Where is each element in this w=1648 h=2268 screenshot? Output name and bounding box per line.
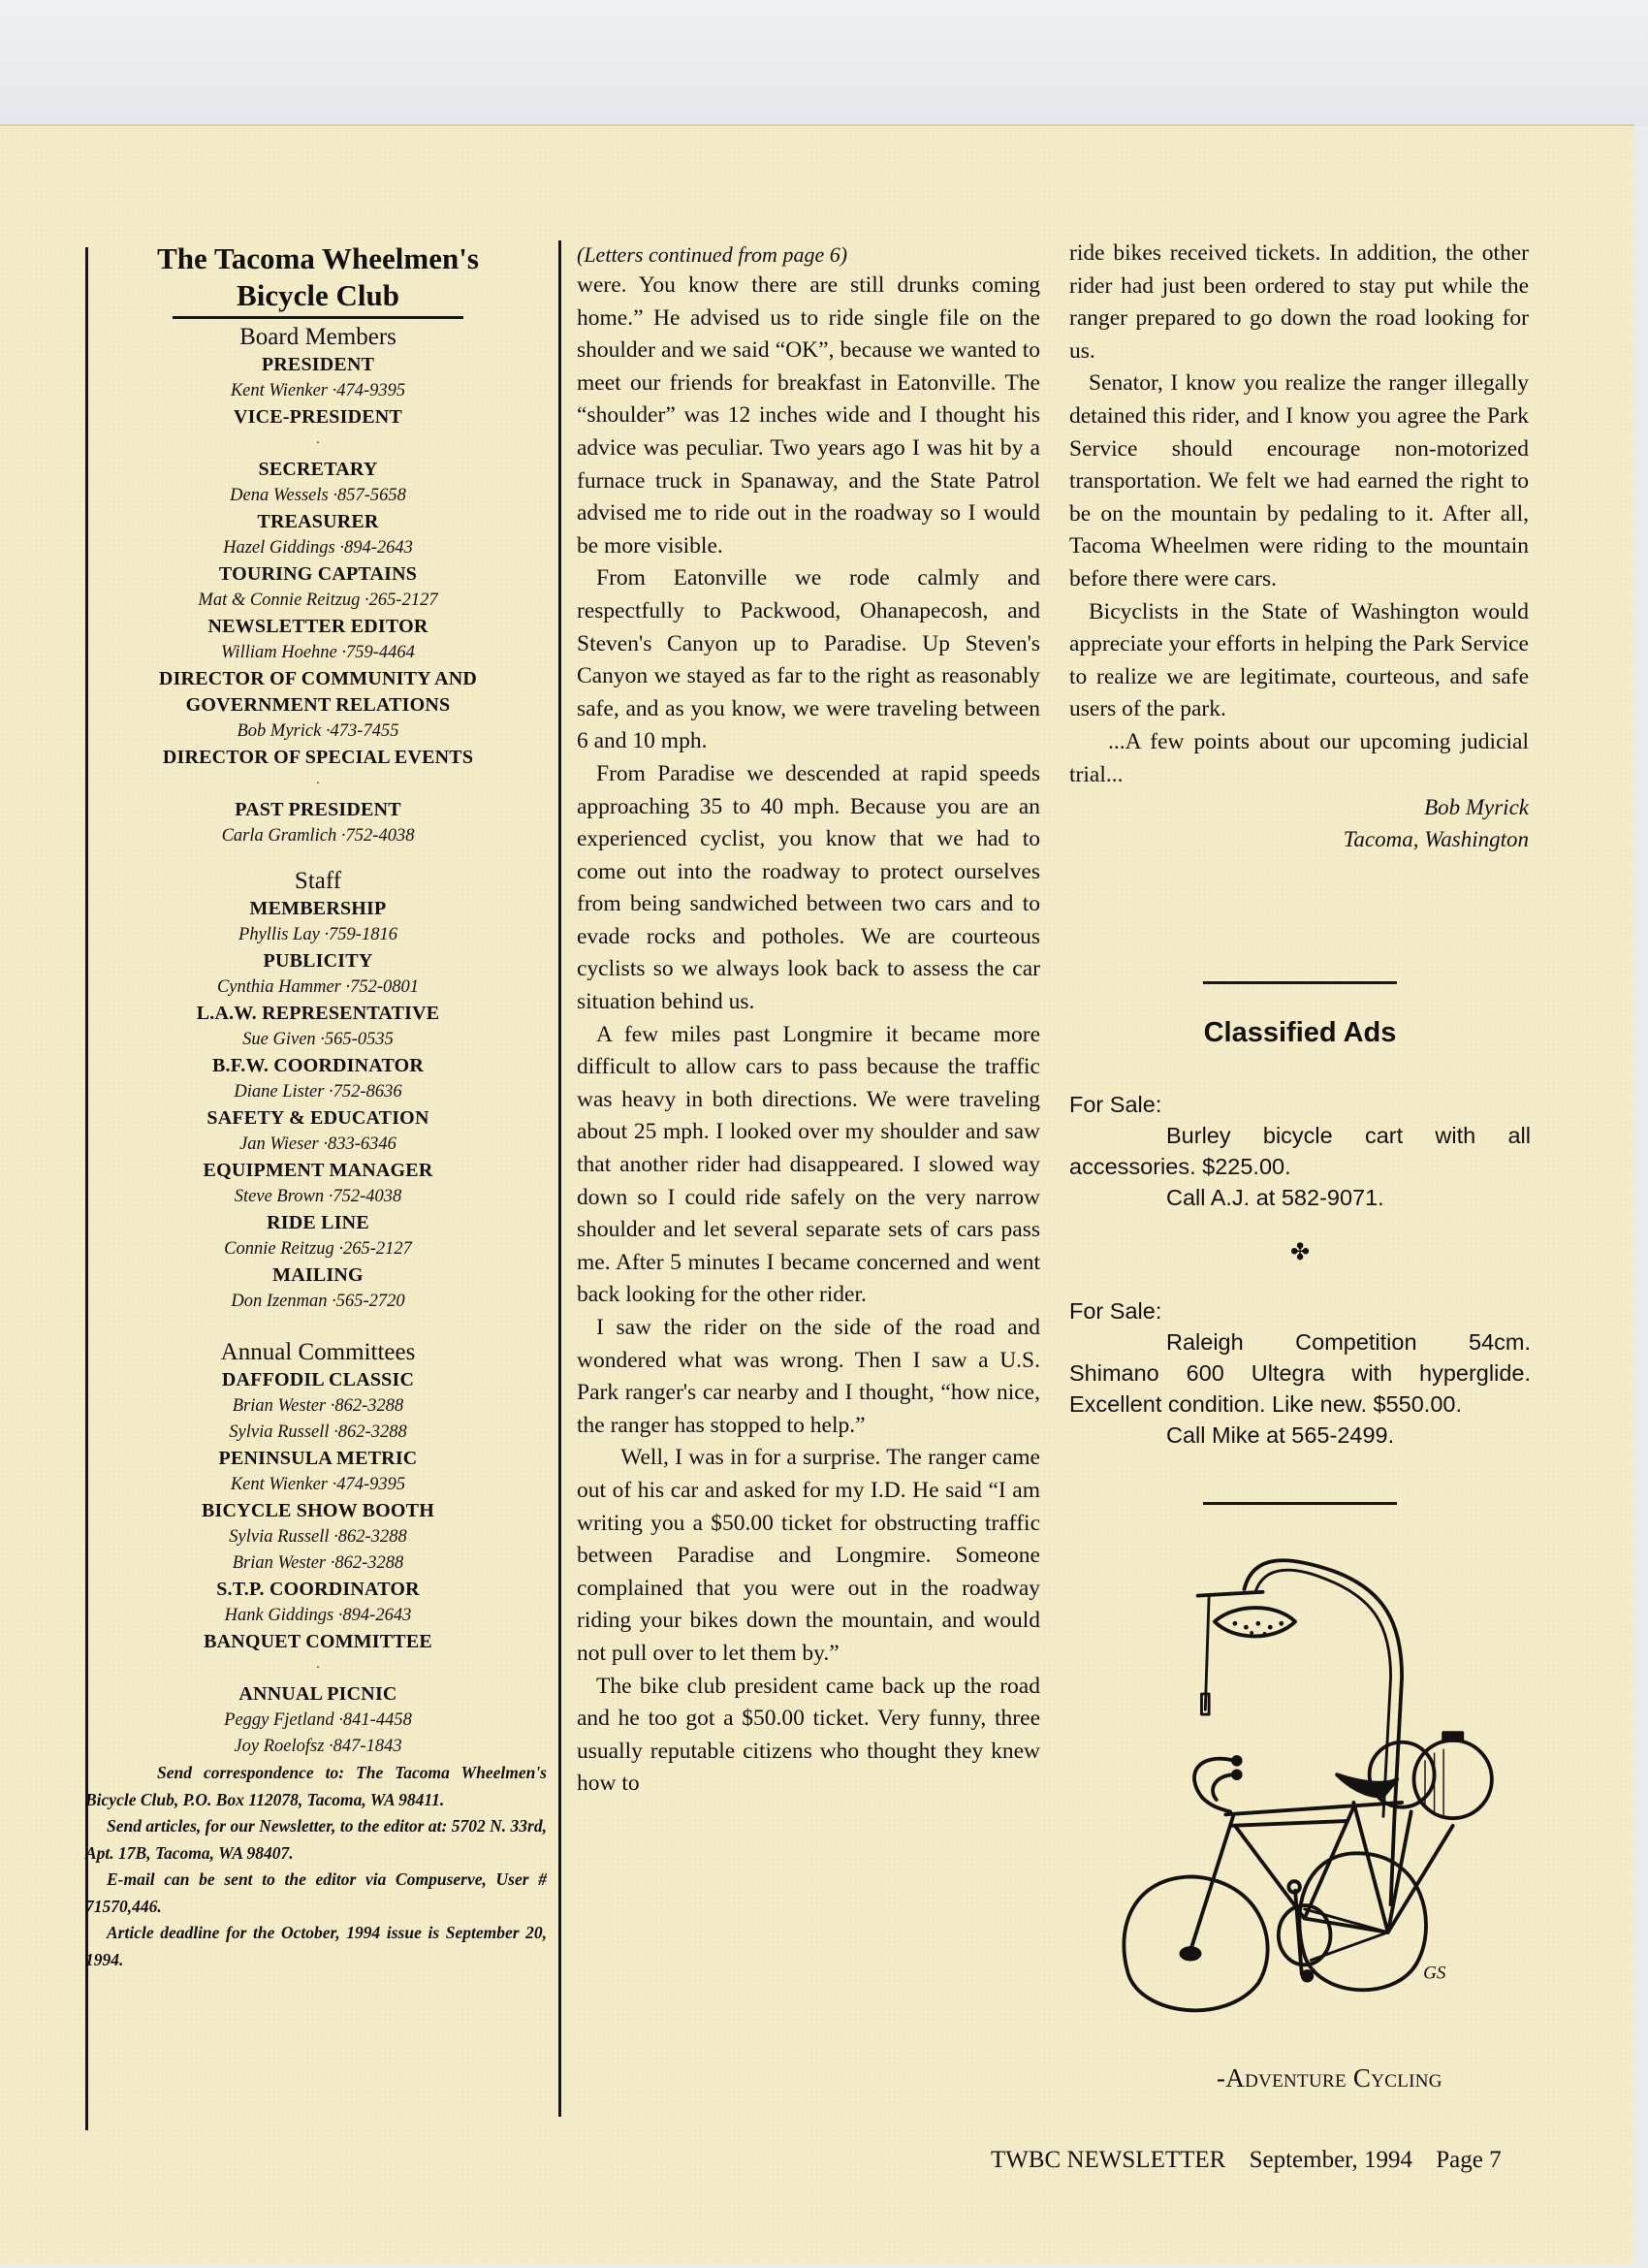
role-label: PENINSULA METRIC bbox=[89, 1446, 547, 1472]
vacant-placeholder: · bbox=[89, 1655, 547, 1681]
letter-paragraph: From Eatonville we rode calmly and respe… bbox=[577, 562, 1040, 758]
letter-paragraph: The bike club president came back up the… bbox=[577, 1671, 1040, 1801]
ad-label: For Sale: bbox=[1069, 1089, 1531, 1120]
role-label: L.A.W. REPRESENTATIVE bbox=[89, 1001, 547, 1027]
person-contact: Bob Myrick ·473-7455 bbox=[89, 719, 547, 745]
ad-label: For Sale: bbox=[1069, 1295, 1531, 1326]
person-contact: Kent Wienker ·474-9395 bbox=[89, 1472, 547, 1498]
ad-text: Burley bicycle cart with all accessories… bbox=[1069, 1120, 1531, 1182]
classified-ad: For Sale: Burley bicycle cart with all a… bbox=[1069, 1089, 1531, 1213]
classified-ads-heading: Classified Ads bbox=[1069, 1013, 1531, 1052]
board-members-heading: Board Members bbox=[89, 323, 547, 352]
page-number: Page 7 bbox=[1436, 2147, 1501, 2173]
person-contact: Carla Gramlich ·752-4038 bbox=[89, 823, 547, 849]
letter-paragraph: ride bikes received tickets. In addition… bbox=[1069, 238, 1529, 367]
role-label: TREASURER bbox=[89, 509, 547, 535]
letter-paragraph: ...A few points about our upcoming judic… bbox=[1069, 726, 1529, 791]
board-members-list: PRESIDENT Kent Wienker ·474-9395 VICE-PR… bbox=[89, 352, 547, 849]
letter-paragraph: A few miles past Longmire it became more… bbox=[577, 1019, 1040, 1312]
person-contact: Hazel Giddings ·894-2643 bbox=[89, 535, 547, 561]
role-label: TOURING CAPTAINS bbox=[89, 561, 547, 588]
person-contact: Hank Giddings ·894-2643 bbox=[89, 1603, 547, 1629]
ad-text: Raleigh Competition 54cm. Shimano 600 Ul… bbox=[1069, 1326, 1531, 1420]
annual-committees-heading: Annual Committees bbox=[89, 1338, 547, 1367]
person-contact: Peggy Fjetland ·841-4458 bbox=[89, 1708, 547, 1734]
staff-list: MEMBERSHIP Phyllis Lay ·759-1816 PUBLICI… bbox=[89, 896, 547, 1315]
role-label: NEWSLETTER EDITOR bbox=[89, 614, 547, 640]
section-divider bbox=[1203, 981, 1397, 984]
role-label: SECRETARY bbox=[89, 457, 547, 483]
artist-initials: GS bbox=[1423, 1964, 1446, 1984]
ornament-separator-icon: ✤ bbox=[1069, 1238, 1531, 1266]
role-label: RIDE LINE bbox=[89, 1210, 547, 1236]
person-contact: Kent Wienker ·474-9395 bbox=[89, 378, 547, 404]
person-contact: Phyllis Lay ·759-1816 bbox=[89, 922, 547, 948]
articles-note: Send articles, for our Newsletter, to th… bbox=[85, 1813, 547, 1867]
person-contact: Connie Reitzug ·265-2127 bbox=[89, 1236, 547, 1262]
person-contact: Sylvia Russell ·862-3288 bbox=[89, 1420, 547, 1446]
classified-ads-section: Classified Ads For Sale: Burley bicycle … bbox=[1069, 1013, 1531, 1451]
page-footer: TWBC NEWSLETTER September, 1994 Page 7 bbox=[991, 2147, 1502, 2174]
club-title-line1: The Tacoma Wheelmen's bbox=[89, 240, 547, 277]
role-label: MAILING bbox=[89, 1262, 547, 1289]
role-label: DIRECTOR OF COMMUNITY AND GOVERNMENT REL… bbox=[89, 666, 547, 719]
person-contact: Brian Wester ·862-3288 bbox=[89, 1393, 547, 1420]
signature-place: Tacoma, Washington bbox=[1069, 823, 1529, 855]
middle-column-rule bbox=[558, 240, 561, 2117]
role-label: PAST PRESIDENT bbox=[89, 797, 547, 823]
vacant-placeholder: · bbox=[89, 431, 547, 457]
person-contact: Mat & Connie Reitzug ·265-2127 bbox=[89, 588, 547, 614]
person-contact: Sylvia Russell ·862-3288 bbox=[89, 1524, 547, 1550]
email-note: E-mail can be sent to the editor via Com… bbox=[85, 1867, 547, 1920]
spacer bbox=[89, 849, 547, 865]
classified-ad: For Sale: Raleigh Competition 54cm. Shim… bbox=[1069, 1295, 1531, 1451]
person-contact: Steve Brown ·752-4038 bbox=[89, 1184, 547, 1210]
club-contact-notes: Send correspondence to: The Tacoma Wheel… bbox=[85, 1760, 547, 1973]
role-label: S.T.P. COORDINATOR bbox=[89, 1577, 547, 1603]
person-contact: Cynthia Hammer ·752-0801 bbox=[89, 974, 547, 1001]
person-contact: Diane Lister ·752-8636 bbox=[89, 1079, 547, 1105]
letter-paragraph: Senator, I know you realize the ranger i… bbox=[1069, 367, 1529, 595]
signature-name: Bob Myrick bbox=[1069, 791, 1529, 823]
role-label: SAFETY & EDUCATION bbox=[89, 1105, 547, 1132]
ad-contact: Call Mike at 565-2499. bbox=[1069, 1420, 1531, 1451]
section-divider bbox=[1203, 1502, 1397, 1505]
role-label: EQUIPMENT MANAGER bbox=[89, 1158, 547, 1184]
club-title-line2: Bicycle Club bbox=[89, 277, 547, 314]
person-contact: Dena Wessels ·857-5658 bbox=[89, 483, 547, 509]
title-underline bbox=[173, 316, 463, 319]
vacant-placeholder: · bbox=[89, 771, 547, 797]
person-contact: Don Izenman ·565-2720 bbox=[89, 1289, 547, 1315]
continued-from-note: (Letters continued from page 6) bbox=[577, 240, 1040, 270]
person-contact: Joy Roelofsz ·847-1843 bbox=[89, 1734, 547, 1760]
role-label: PRESIDENT bbox=[89, 352, 547, 378]
ad-contact: Call A.J. at 582-9071. bbox=[1069, 1182, 1531, 1213]
letter-paragraph: were. You know there are still drunks co… bbox=[577, 270, 1040, 562]
role-label: B.F.W. COORDINATOR bbox=[89, 1053, 547, 1079]
scanner-background bbox=[0, 0, 1648, 126]
letter-paragraph: Bicyclists in the State of Washington wo… bbox=[1069, 596, 1529, 726]
spacer bbox=[89, 1315, 547, 1336]
role-label: BICYCLE SHOW BOOTH bbox=[89, 1498, 547, 1524]
role-label: PUBLICITY bbox=[89, 948, 547, 974]
person-contact: Sue Given ·565-0535 bbox=[89, 1027, 547, 1053]
role-label: DAFFODIL CLASSIC bbox=[89, 1367, 547, 1393]
club-directory-sidebar: The Tacoma Wheelmen's Bicycle Club Board… bbox=[89, 240, 547, 1973]
letter-paragraph: From Paradise we descended at rapid spee… bbox=[577, 758, 1040, 1019]
letter-paragraph: I saw the rider on the side of the road … bbox=[577, 1312, 1040, 1442]
staff-heading: Staff bbox=[89, 867, 547, 896]
letter-column-right: ride bikes received tickets. In addition… bbox=[1069, 238, 1529, 855]
person-contact: William Hoehne ·759-4464 bbox=[89, 640, 547, 666]
issue-date: September, 1994 bbox=[1250, 2147, 1412, 2173]
publication-name: TWBC NEWSLETTER bbox=[991, 2147, 1225, 2173]
bicycle-shower-cartoon-icon: GS bbox=[1105, 1527, 1532, 2031]
cartoon-credit: -Adventure Cycling bbox=[1217, 2063, 1442, 2093]
person-contact: Jan Wieser ·833-6346 bbox=[89, 1132, 547, 1158]
correspondence-note: Send correspondence to: The Tacoma Wheel… bbox=[85, 1760, 547, 1813]
role-label: BANQUET COMMITTEE bbox=[89, 1629, 547, 1655]
deadline-note: Article deadline for the October, 1994 i… bbox=[85, 1920, 547, 1973]
committees-list: DAFFODIL CLASSIC Brian Wester ·862-3288 … bbox=[89, 1367, 547, 1760]
person-contact: Brian Wester ·862-3288 bbox=[89, 1550, 547, 1577]
role-label: MEMBERSHIP bbox=[89, 896, 547, 922]
letter-column-middle: (Letters continued from page 6) were. Yo… bbox=[577, 240, 1040, 1801]
role-label: DIRECTOR OF SPECIAL EVENTS bbox=[89, 745, 547, 771]
letter-paragraph: Well, I was in for a surprise. The range… bbox=[577, 1442, 1040, 1670]
role-label: VICE-PRESIDENT bbox=[89, 404, 547, 431]
role-label: ANNUAL PICNIC bbox=[89, 1681, 547, 1708]
